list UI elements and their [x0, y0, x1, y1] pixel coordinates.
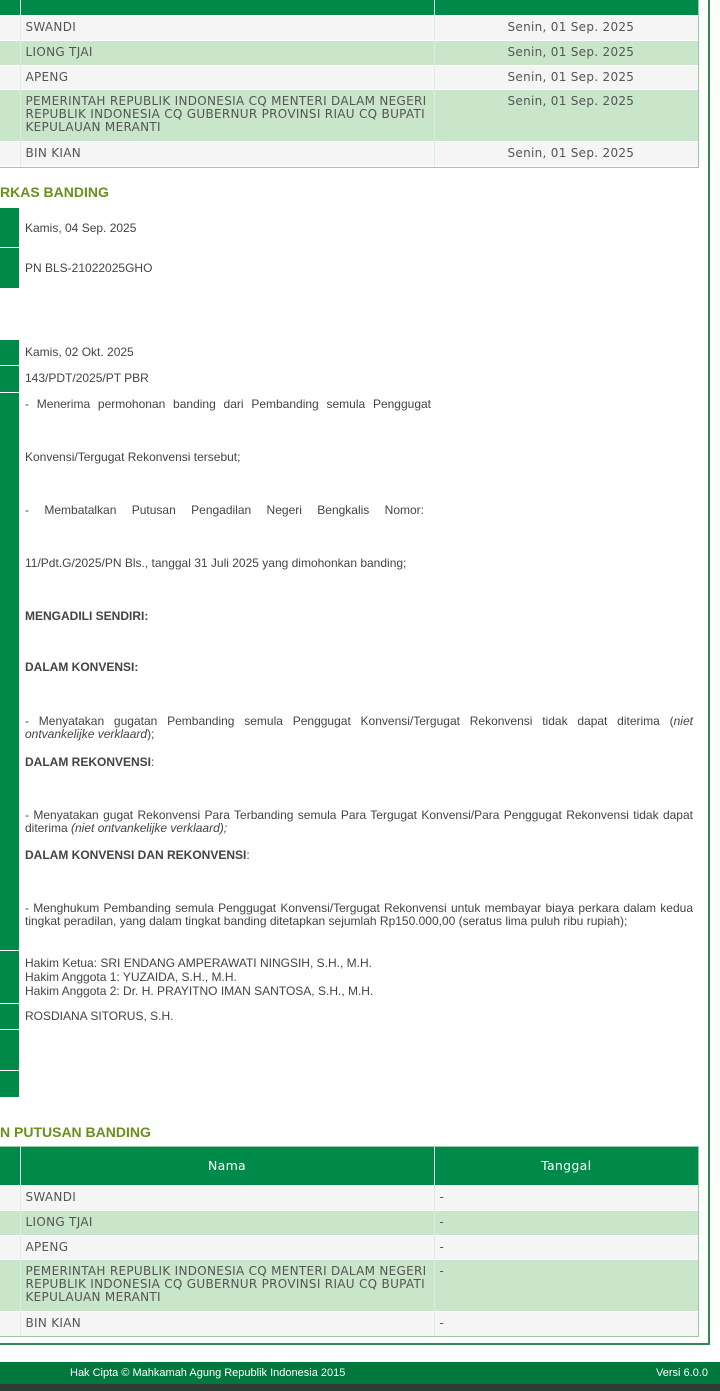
footer-bottom-strip [0, 1384, 720, 1391]
amar-heading: DALAM KONVENSI DAN REKONVENSI: [25, 849, 693, 862]
detail-row-empty [0, 1071, 700, 1097]
detail-row-empty [0, 1030, 700, 1070]
amar-heading: MENGADILI SENDIRI: [25, 610, 693, 623]
detail-row-panitera: ROSDIANA SITORUS, S.H. [0, 1004, 700, 1029]
section-title-pemberitahuan: N PUTUSAN BANDING [0, 1124, 151, 1140]
amar-paragraph: - Menerima permohonan banding dari Pemba… [25, 398, 431, 411]
detail-row-tanggal-kirim: Kamis, 04 Sep. 2025 [0, 208, 700, 247]
detail-row-nomor-surat: PN BLS-21022025GHO [0, 248, 700, 288]
amar-paragraph: - Membatalkan Putusan Pengadilan Negeri … [25, 504, 424, 517]
footer-copyright: Hak Cipta © Mahkamah Agung Republik Indo… [70, 1367, 345, 1379]
amar-paragraph: 11/Pdt.G/2025/PN Bls., tanggal 31 Juli 2… [25, 557, 693, 570]
amar-paragraph: Konvensi/Tergugat Rekonvensi tersebut; [25, 451, 693, 464]
table-border [0, 0, 699, 168]
amar-paragraph: - Menyatakan gugatan Pembanding semula P… [25, 715, 693, 741]
table-border [0, 1146, 699, 1337]
amar-paragraph: - Menyatakan gugat Rekonvensi Para Terba… [25, 809, 693, 835]
detail-row-tanggal-putusan: Kamis, 02 Okt. 2025 [0, 340, 700, 365]
amar-heading: DALAM REKONVENSI: [25, 756, 693, 769]
amar-heading: DALAM KONVENSI: [25, 661, 693, 674]
amar-paragraph: - Menghukum Pembanding semula Penggugat … [25, 902, 693, 928]
footer: Hak Cipta © Mahkamah Agung Republik Indo… [0, 1362, 720, 1384]
detail-row-nomor-putusan: 143/PDT/2025/PT PBR [0, 366, 700, 392]
detail-row-majelis-hakim: Hakim Ketua: SRI ENDANG AMPERAWATI NINGS… [0, 951, 700, 1003]
section-title-berkas: RKAS BANDING [0, 184, 109, 200]
footer-version: Versi 6.0.0 [656, 1367, 708, 1379]
